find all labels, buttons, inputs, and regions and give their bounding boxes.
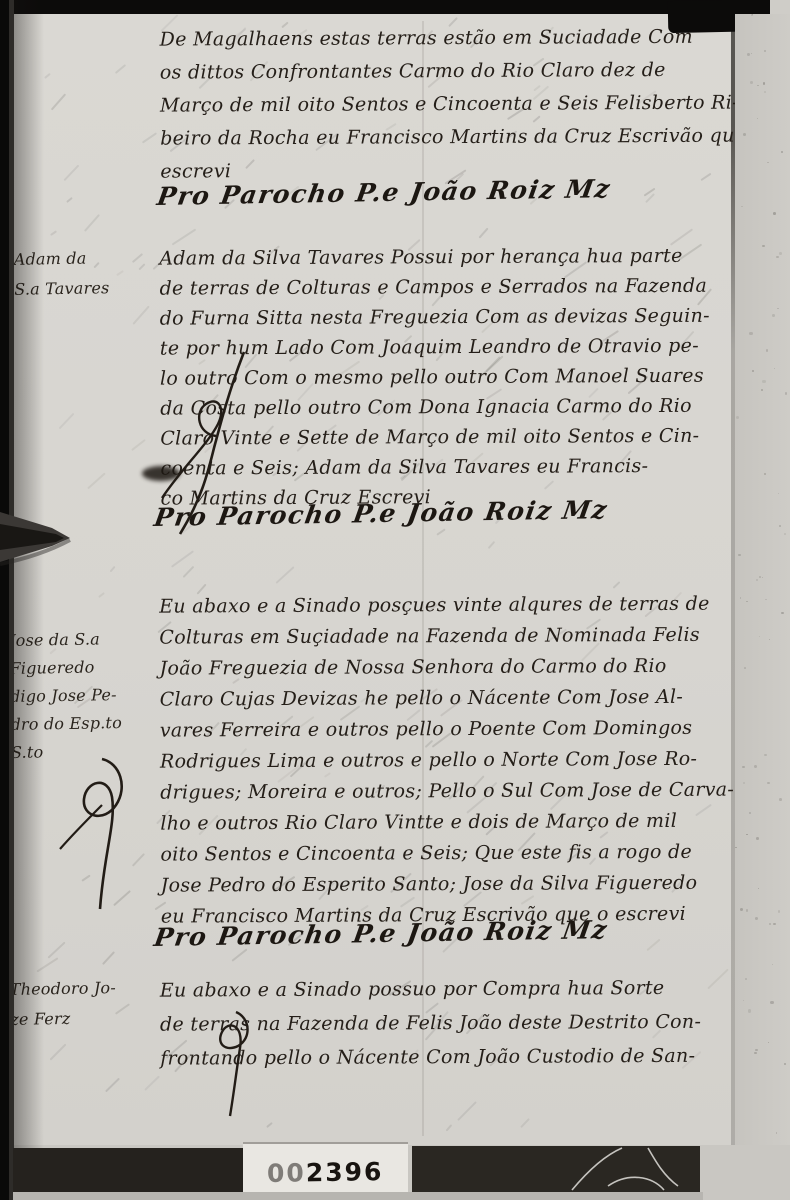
speckle: [764, 473, 766, 475]
speckle: [759, 576, 761, 578]
speckle: [769, 923, 771, 925]
speckle: [743, 782, 745, 784]
scan-edge-bottom-strip: [13, 1192, 703, 1200]
show-through-mark: [84, 214, 100, 232]
show-through-mark: [116, 270, 124, 276]
speckle: [736, 416, 739, 419]
speckle: [762, 245, 764, 247]
show-through-mark: [50, 230, 57, 236]
show-through-mark: [132, 253, 143, 263]
speckle: [765, 599, 766, 600]
show-through-mark: [445, 1124, 451, 1131]
show-through-mark: [99, 592, 106, 598]
show-through-mark: [183, 566, 195, 578]
speckle: [778, 493, 780, 495]
show-through-mark: [138, 264, 145, 271]
show-through-mark: [478, 227, 488, 238]
speckle: [769, 639, 770, 640]
speckle: [781, 151, 783, 153]
speckle: [744, 667, 746, 669]
text-line: do Furna Sitta nesta Freguezia Com as de…: [160, 300, 770, 333]
show-through-mark: [109, 566, 115, 573]
speckle: [773, 212, 776, 215]
text-line: Março de mil oito Sentos e Cincoenta e S…: [160, 86, 770, 122]
rubric-flourish: [58, 753, 142, 913]
text-line: Rodrigues Lima e outros e pello o Norte …: [160, 743, 770, 777]
speckle: [764, 91, 766, 93]
speckle: [746, 909, 749, 912]
text-line: drigues; Moreira e outros; Pello o Sul C…: [160, 774, 770, 808]
speckle: [784, 533, 786, 535]
show-through-mark: [436, 528, 446, 535]
speckle: [784, 1063, 786, 1065]
speckle: [740, 908, 743, 911]
scan-edge-left: [0, 0, 9, 1200]
scan-edge-bottom-right: [412, 1146, 700, 1192]
speckle: [772, 314, 775, 317]
speckle: [749, 332, 752, 335]
binding-shadow: [14, 0, 44, 1200]
text-line: Eu abaxo e a Sinado possuo por Compra hu…: [160, 970, 770, 1007]
show-through-mark: [87, 472, 105, 489]
scan-edge-bottom-left: [13, 1148, 243, 1192]
show-through-mark: [50, 1044, 67, 1061]
speckle: [774, 368, 775, 369]
speckle: [773, 923, 776, 926]
show-through-mark: [142, 133, 157, 144]
speckle: [754, 765, 757, 768]
speckle: [764, 754, 766, 756]
speckle: [767, 162, 768, 163]
speckle: [779, 252, 782, 255]
text-line: oito Sentos e Cincoenta e Seis; Que este…: [160, 836, 770, 870]
show-through-mark: [144, 1075, 160, 1091]
show-through-mark: [132, 306, 150, 326]
show-through-mark: [132, 439, 147, 451]
show-through-mark: [115, 1003, 130, 1014]
speckle: [763, 82, 766, 85]
speckle: [779, 798, 782, 801]
speckle: [738, 554, 740, 556]
speckle: [743, 133, 746, 136]
text-line: os dittos Confrontantes Carmo do Rio Cla…: [160, 53, 770, 89]
speckle: [755, 917, 758, 920]
speckle: [762, 380, 765, 383]
show-through-mark: [171, 550, 194, 568]
text-line: Colturas em Suçiadade na Fazenda de Nomi…: [159, 619, 769, 653]
speckle: [777, 308, 779, 310]
text-line: João Freguezia de Nossa Senhora do Carmo…: [159, 650, 769, 684]
text-line: de terras de Colturas e Campos e Serrado…: [159, 270, 769, 303]
speckle: [770, 1001, 773, 1004]
entry-3-body: Eu abaxo e a Sinado posçues vinte alqure…: [159, 588, 771, 932]
speckle: [766, 349, 768, 351]
text-line: Claro Cujas Devizas he pello o Nácente C…: [160, 681, 770, 715]
rubric-flourish: [196, 1008, 260, 1118]
speckle: [761, 389, 763, 391]
registry-stamp-number: 002396: [267, 1156, 384, 1187]
scanned-page: De Magalhaens estas terras estão em Suci…: [0, 0, 790, 1200]
show-through-mark: [488, 541, 495, 549]
text-line: Adam da Silva Tavares Possui por herança…: [159, 240, 769, 273]
scratch-marks: [412, 1146, 700, 1192]
show-through-mark: [50, 93, 65, 110]
speckle: [740, 597, 741, 598]
show-through-mark: [646, 939, 660, 951]
show-through-mark: [520, 1118, 530, 1128]
show-through-mark: [276, 566, 295, 584]
show-through-mark: [66, 197, 72, 203]
show-through-mark: [105, 1078, 120, 1093]
speckle: [757, 85, 759, 87]
speckle: [764, 50, 766, 52]
speckle: [746, 834, 747, 835]
speckle: [772, 964, 773, 965]
text-line: Eu abaxo e a Sinado posçues vinte alqure…: [159, 588, 769, 622]
show-through-mark: [47, 942, 65, 959]
show-through-mark: [613, 582, 621, 590]
speckle: [746, 601, 747, 602]
entry-1-body: De Magalhaens estas terras estão em Suci…: [160, 20, 771, 188]
speckle: [779, 525, 781, 527]
speckle: [741, 206, 742, 207]
speckle: [776, 256, 779, 259]
text-line: Jose Pedro do Esperito Santo; Jose da Si…: [161, 867, 771, 901]
text-line: lho e outros Rio Claro Vintte e dois de …: [160, 805, 770, 839]
speckle: [747, 53, 750, 56]
speckle: [752, 370, 754, 372]
speckle: [748, 1009, 751, 1012]
speckle: [776, 1132, 778, 1134]
show-through-mark: [114, 64, 125, 74]
show-through-mark: [63, 165, 79, 181]
text-line: beiro da Rocha eu Francisco Martins da C…: [160, 119, 770, 155]
speckle: [742, 766, 744, 768]
text-line: vares Ferreira e outros pello o Poente C…: [160, 712, 770, 746]
show-through-mark: [266, 1122, 273, 1128]
show-through-mark: [45, 73, 51, 79]
speckle: [756, 579, 758, 581]
facing-page-margin: [735, 14, 790, 1145]
speckle: [751, 14, 752, 15]
speckle: [762, 577, 763, 578]
speckle: [756, 837, 759, 840]
speckle: [778, 910, 781, 913]
speckle: [785, 392, 788, 395]
speckle: [768, 1042, 769, 1043]
speckle: [759, 636, 761, 638]
speckle: [757, 118, 758, 119]
speckle: [735, 847, 736, 848]
show-through-mark: [58, 413, 74, 430]
speckle: [750, 81, 753, 84]
show-through-mark: [457, 1101, 477, 1121]
speckle: [751, 53, 752, 54]
speckle: [758, 888, 759, 889]
paperclip-icon: [0, 498, 78, 578]
speckle: [754, 1052, 757, 1055]
speckle: [743, 1000, 744, 1001]
show-through-mark: [102, 951, 115, 965]
speckle: [781, 612, 784, 615]
speckle: [745, 978, 747, 980]
speckle: [767, 782, 770, 785]
speckle: [749, 812, 751, 814]
